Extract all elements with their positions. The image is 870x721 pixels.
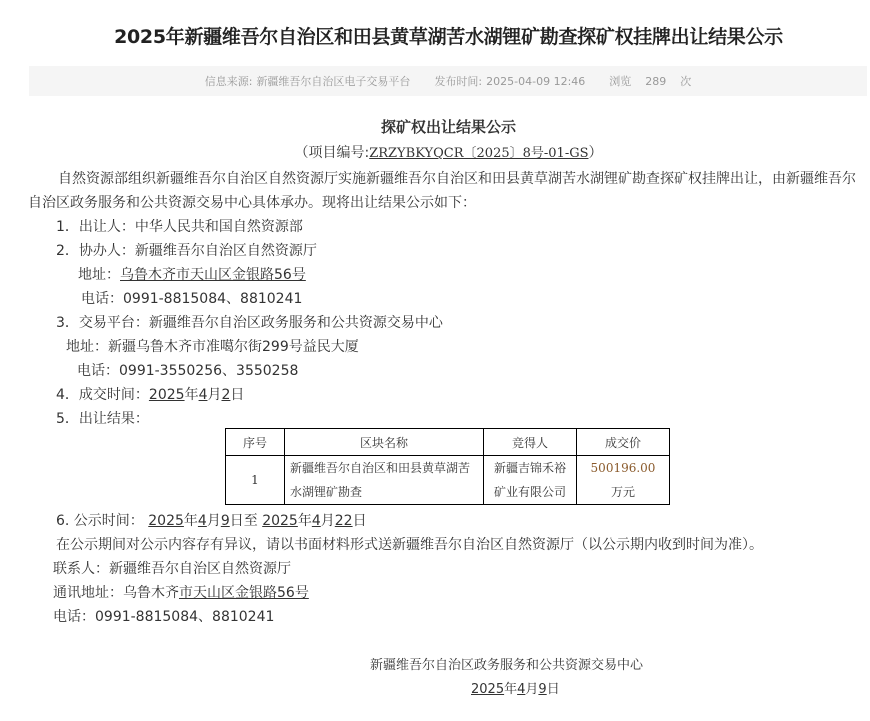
winner-line1: 新疆吉锦禾裕	[484, 456, 576, 480]
views-count: 289	[645, 75, 666, 88]
table-row: 1 新疆维吾尔自治区和田县黄草湖苦 水湖锂矿勘查 新疆吉锦禾裕 矿业有限公司 5…	[226, 456, 670, 505]
table-header-row: 序号 区块名称 竞得人 成交价	[226, 429, 670, 456]
address-value: 乌鲁木齐市天山区金银路56号	[120, 267, 306, 283]
cell-no: 1	[226, 456, 285, 505]
unit: 日	[353, 513, 367, 529]
mailing-address-value: 市天山区金银路56号	[179, 585, 309, 601]
deal-year-unit: 年	[185, 387, 199, 403]
mailing-address: 通讯地址：乌鲁木齐市天山区金银路56号	[53, 582, 309, 602]
intro-paragraph-line1: 自然资源部组织新疆维吾尔自治区自然资源厅实施新疆维吾尔自治区和田县黄草湖苦水湖锂…	[58, 168, 856, 188]
period-start-year: 2025	[148, 513, 184, 529]
price-unit: 万元	[577, 480, 669, 504]
publish-label: 发布时间:	[434, 73, 482, 89]
item-co-organizer: 2．协办人：新疆维吾尔自治区自然资源厅	[56, 240, 317, 260]
project-suffix: ）	[589, 145, 603, 161]
cell-block-name: 新疆维吾尔自治区和田县黄草湖苦 水湖锂矿勘查	[285, 456, 484, 505]
unit: 日	[547, 682, 560, 697]
intro-paragraph-line2: 自治区政务服务和公共资源交易中心具体承办。现将出让结果公示如下：	[28, 192, 476, 212]
deal-day-unit: 日	[230, 387, 244, 403]
item-deal-date: 4．成交时间：2025年4月2日	[56, 384, 244, 404]
contact-phone: 电话：0991-8815084、8810241	[53, 606, 274, 626]
publicity-period: 6. 公示时间： 2025年4月9日至 2025年4月22日	[56, 510, 367, 530]
signature-org: 新疆维吾尔自治区政务服务和公共资源交易中心	[370, 654, 643, 673]
signature-date: 2025年4月9日	[471, 678, 560, 697]
sig-day: 9	[538, 682, 546, 697]
period-end-year: 2025	[262, 513, 298, 529]
price-value: 500196.00	[577, 456, 669, 480]
col-header-winner: 竞得人	[484, 429, 577, 456]
platform-address: 地址：新疆乌鲁木齐市准噶尔街299号益民大厦	[66, 336, 359, 356]
source-label: 信息来源:	[205, 73, 253, 89]
views-label: 浏览	[609, 73, 631, 89]
cell-winner: 新疆吉锦禾裕 矿业有限公司	[484, 456, 577, 505]
item-trading-platform: 3．交易平台：新疆维吾尔自治区政务服务和公共资源交易中心	[56, 312, 443, 332]
project-prefix: （项目编号:	[294, 145, 369, 161]
article-meta-bar: 信息来源: 新疆维吾尔自治区电子交易平台 发布时间: 2025-04-09 12…	[29, 66, 867, 96]
deal-year: 2025	[149, 387, 185, 403]
sig-year: 2025	[471, 682, 504, 697]
address-label: 地址：	[78, 267, 120, 283]
unit: 月	[321, 513, 335, 529]
unit: 年	[504, 682, 517, 697]
publish-time: 2025-04-09 12:46	[486, 75, 585, 88]
co-organizer-phone: 电话：0991-8815084、8810241	[81, 288, 302, 308]
unit: 年	[184, 513, 198, 529]
unit: 月	[207, 513, 221, 529]
unit: 日至	[230, 513, 258, 529]
winner-line2: 矿业有限公司	[484, 480, 576, 504]
unit: 年	[298, 513, 312, 529]
block-name-line1: 新疆维吾尔自治区和田县黄草湖苦	[290, 456, 483, 480]
period-label: 6. 公示时间：	[56, 513, 144, 529]
col-header-price: 成交价	[577, 429, 670, 456]
mailing-address-label: 通讯地址：乌鲁木齐	[53, 585, 179, 601]
notice-heading: 探矿权出让结果公示	[0, 116, 870, 137]
period-start-month: 4	[198, 513, 207, 529]
project-code: ZRZYBKYQCR〔2025〕8号-01-GS	[369, 146, 588, 161]
block-name-line2: 水湖锂矿勘查	[290, 480, 483, 504]
platform-phone: 电话：0991-3550256、3550258	[77, 360, 298, 380]
result-table: 序号 区块名称 竞得人 成交价 1 新疆维吾尔自治区和田县黄草湖苦 水湖锂矿勘查…	[225, 428, 670, 505]
deal-month-unit: 月	[207, 387, 221, 403]
unit: 月	[525, 682, 538, 697]
period-start-day: 9	[221, 513, 230, 529]
period-end-day: 22	[335, 513, 353, 529]
period-end-month: 4	[312, 513, 321, 529]
cell-price: 500196.00 万元	[577, 456, 670, 505]
item-result: 5．出让结果：	[56, 408, 149, 428]
item-transferor: 1．出让人：中华人民共和国自然资源部	[56, 216, 303, 236]
article-title: 2025年新疆维吾尔自治区和田县黄草湖苦水湖锂矿勘查探矿权挂牌出让结果公示	[0, 22, 870, 49]
objection-note: 在公示期间对公示内容存有异议，请以书面材料形式送新疆维吾尔自治区自然资源厅（以公…	[56, 534, 763, 554]
col-header-block: 区块名称	[285, 429, 484, 456]
views-unit: 次	[680, 73, 691, 89]
col-header-no: 序号	[226, 429, 285, 456]
contact-person: 联系人：新疆维吾尔自治区自然资源厅	[53, 558, 291, 578]
source-value: 新疆维吾尔自治区电子交易平台	[256, 73, 410, 89]
deal-date-label: 4．成交时间：	[56, 387, 149, 403]
project-number: （项目编号:ZRZYBKYQCR〔2025〕8号-01-GS）	[0, 142, 870, 162]
co-organizer-address: 地址：乌鲁木齐市天山区金银路56号	[78, 264, 306, 284]
